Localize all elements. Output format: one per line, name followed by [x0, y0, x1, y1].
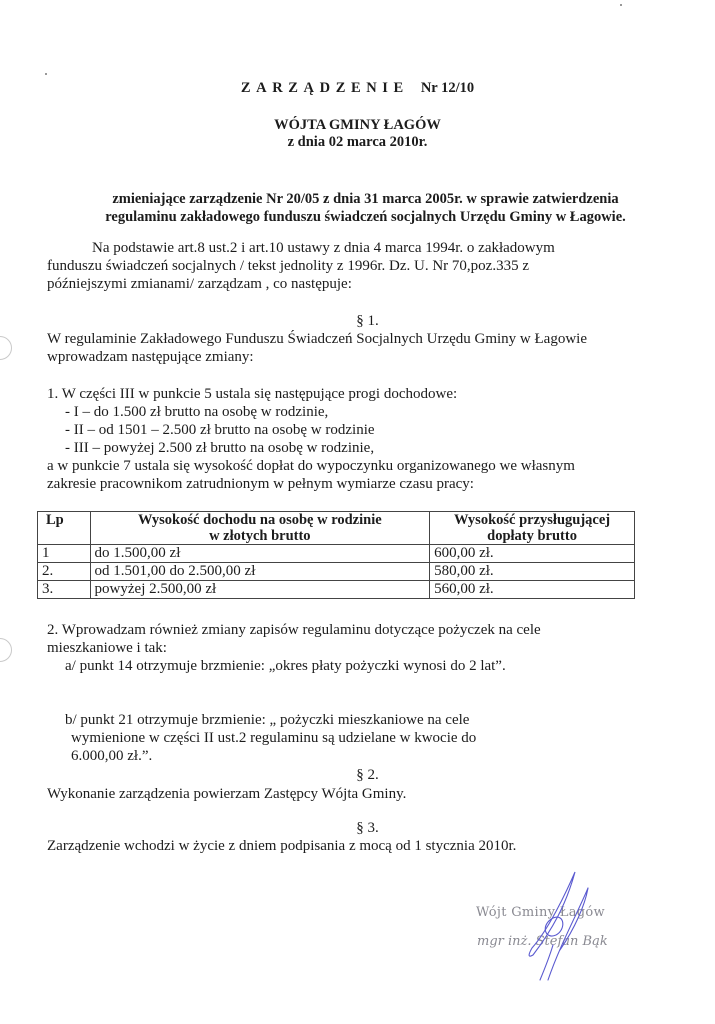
handwritten-signature — [0, 0, 715, 1024]
